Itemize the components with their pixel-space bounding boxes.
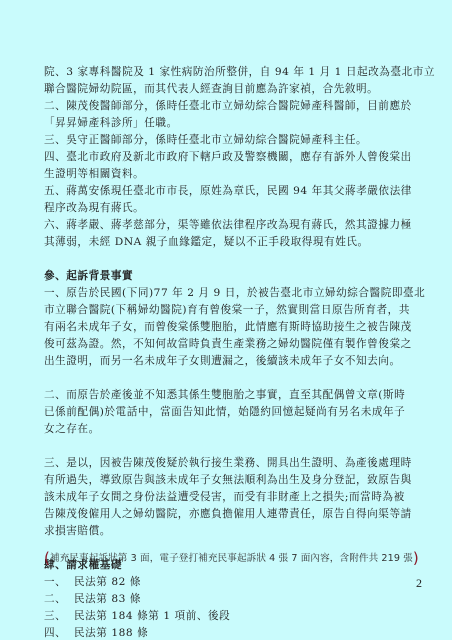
text-line: 二、而原告於產後並不知悉其係生雙胞胎之事實，直至其配偶曾文章(斯時 xyxy=(44,387,406,404)
text-line: 有兩名未成年子女，而曾俊棠係雙胞胎，此情應有斯時協助接生之被告陳茂 xyxy=(44,319,406,336)
text-line: 「昇昇婦產科診所」任職。 xyxy=(44,115,406,132)
text-line: 該未成年子女間之身份法益遭受侵害，而受有非財產上之損失;而當時為被 xyxy=(44,489,406,506)
text-line: 市立聯合醫院(下稱婦幼醫院)育有曾俊棠一子，然實則當日原告所育者，共 xyxy=(44,302,406,319)
footnote-text: 補充民事起訴狀第 3 面，電子登打補充民事起訴狀 4 張 7 面內容，含附件共 … xyxy=(50,553,413,564)
footnote: (補充民事起訴狀第 3 面，電子登打補充民事起訴狀 4 張 7 面內容，含附件共… xyxy=(44,550,410,567)
text-line: 生證明等相關資料。 xyxy=(44,166,406,183)
text-line: 四、臺北市政府及新北市政府下轄戶政及警察機關，應存有訴外人曾俊棠出 xyxy=(44,149,406,166)
text-line: 聯合醫院婦幼院區，而其代表人經查詢目前應為許家禎，合先敘明。 xyxy=(44,81,406,98)
text-line: 程序改為現有蔣氏。 xyxy=(44,200,406,217)
text-line: 俊可茲為證。然，不知何故當時負責生產業務之婦幼醫院僅有製作曾俊棠之 xyxy=(44,336,406,353)
section-heading-background: 參、起訴背景事實 xyxy=(44,268,406,285)
law-item: 三、民法第 184 條第 1 項前、後段 xyxy=(44,608,406,625)
law-item: 四、民法第 188 條 xyxy=(44,625,406,640)
text-line: 一、原告於民國(下同)77 年 2 月 9 日，於被告臺北市立婦幼綜合醫院即臺北 xyxy=(44,285,406,302)
text-line: 求損害賠償。 xyxy=(44,523,406,540)
page-number: 2 xyxy=(416,576,422,591)
law-item: 一、民法第 82 條 xyxy=(44,574,406,591)
text-line: 女之存在。 xyxy=(44,421,406,438)
text-line: 告陳茂俊僱用人之婦幼醫院，亦應負擔僱用人連帶責任，原告自得向渠等請 xyxy=(44,506,406,523)
text-line: 已係前配偶)於電話中，當面告知此情，始隱約回憶起疑尚有另名未成年子 xyxy=(44,404,406,421)
text-line: 院、3 家專科醫院及 1 家性病防治所整併，自 94 年 1 月 1 日起改為臺… xyxy=(44,64,406,81)
close-paren: ) xyxy=(413,549,419,567)
text-line: 五、蔣萬安係現任臺北市市長，原姓為章氏，民國 94 年其父蔣孝嚴依法律 xyxy=(44,183,406,200)
text-line: 出生證明，而另一名未成年子女則遭漏之，後續該未成年子女不知去向。 xyxy=(44,353,406,370)
text-line: 其薄弱，未經 DNA 親子血緣鑑定，疑以不正手段取得現有姓氏。 xyxy=(44,234,406,251)
text-line: 二、陳茂俊醫師部分，係時任臺北市立婦幼綜合醫院婦產科醫師，目前應於 xyxy=(44,98,406,115)
law-item: 二、民法第 83 條 xyxy=(44,591,406,608)
text-line: 六、蔣孝嚴、蔣孝慈部分，渠等雖依法律程序改為現有蔣氏，然其證據力極 xyxy=(44,217,406,234)
text-line: 三、是以，因被告陳茂俊疑於執行接生業務、開具出生證明、為產後處理時 xyxy=(44,455,406,472)
text-line: 有所過失，導致原告與該未成年子女無法順利為出生及身分登記，致原告與 xyxy=(44,472,406,489)
text-line: 三、吳守正醫師部分，係時任臺北市立婦幼綜合醫院婦產科主任。 xyxy=(44,132,406,149)
